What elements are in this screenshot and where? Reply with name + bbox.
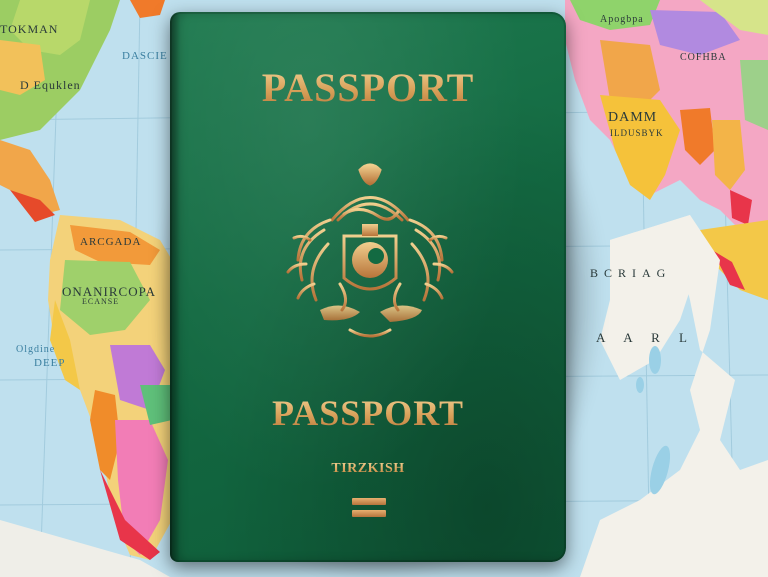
map-label: ECANSE: [82, 297, 119, 306]
map-label: TOKMAN: [0, 22, 58, 37]
chip-bar-top: [352, 498, 386, 505]
passport-country-text: TIRZKISH: [170, 461, 566, 477]
map-label: ARCGADA: [80, 236, 141, 248]
coat-of-arms-emblem-icon: [280, 160, 460, 350]
map-label: DEEP: [34, 357, 66, 369]
passport-cover: PASSPORT: [170, 12, 566, 562]
chip-bar-bottom: [352, 510, 386, 517]
passport-title-top: PASSPORT: [170, 64, 566, 111]
map-label: D Equklen: [20, 78, 81, 93]
passport-title-bottom: PASSPORT: [170, 392, 566, 434]
map-label: COFHBA: [680, 52, 727, 63]
map-label: Apogbpa: [600, 14, 644, 25]
map-label: BCRIAG: [590, 266, 671, 281]
map-label: DAMM: [608, 110, 657, 126]
map-label: A A R L: [596, 330, 695, 346]
map-label: Olgdine: [16, 344, 55, 355]
map-label: ILDUSBYK: [610, 128, 664, 138]
